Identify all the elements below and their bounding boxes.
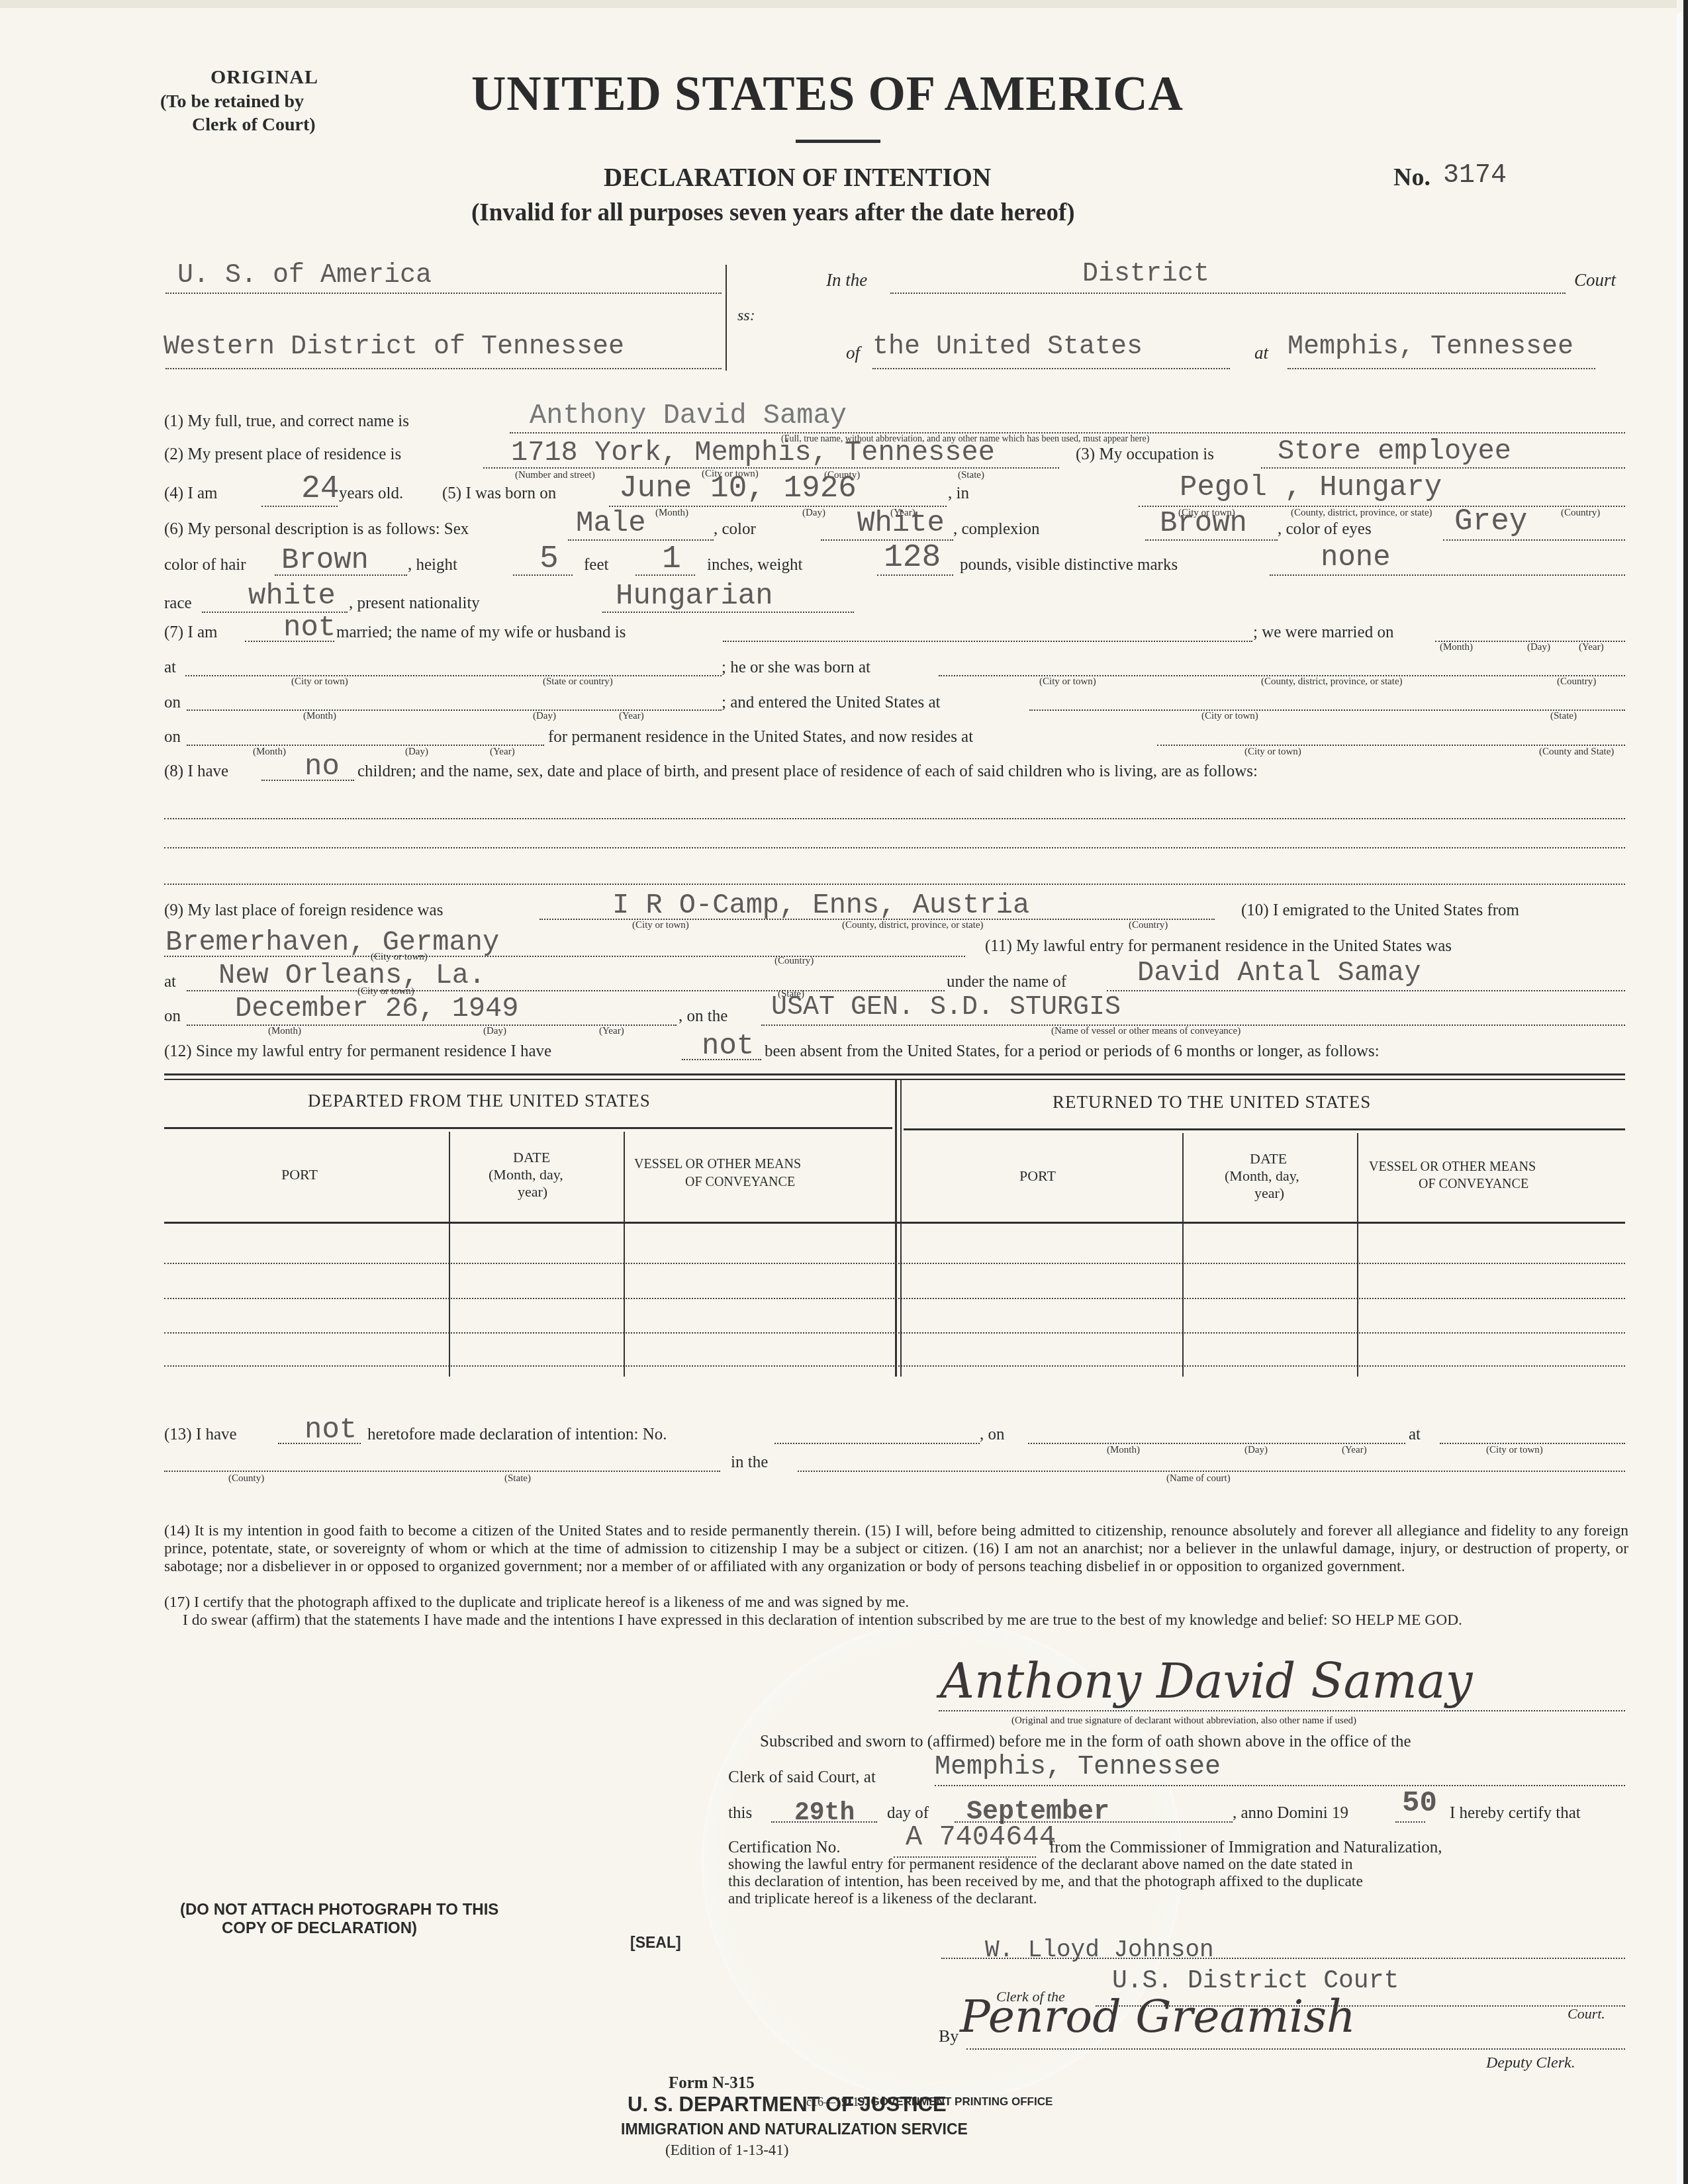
court-label: Court [1574,270,1616,291]
seal-label: [SEAL] [630,1934,681,1952]
q13-number-line [774,1443,980,1444]
q13-on-line [1028,1443,1405,1444]
q2-caption-street: (Number and street) [515,470,595,481]
q13-value-line [278,1443,361,1444]
scan-top-edge [0,0,1677,8]
q9-caption-country: (Country) [1129,920,1168,931]
q6-label: (6) My personal description is as follow… [164,520,469,539]
q3-occupation: Store employee [1278,435,1511,467]
col-divider-3 [1182,1133,1184,1377]
q7-on2-year: (Year) [490,747,515,758]
declaration-number-label: No. [1393,163,1430,192]
day-of-label: day of [887,1804,929,1823]
q5-in-label: , in [948,484,969,503]
q7-at-city: (City or town) [291,676,348,688]
scanner-border [1683,0,1688,2184]
oath-q17: (17) I certify that the photograph affix… [164,1594,909,1612]
document-page: ORIGINAL (To be retained by Clerk of Cou… [0,0,1678,2184]
q11-at-line [187,990,945,991]
venue-country-line [165,293,722,294]
height-feet: 5 [539,541,559,577]
q7-born-city: (City or town) [1039,676,1096,688]
q7-on2-month: (Month) [253,747,286,758]
col-vessel-departed-2: OF CONVEYANCE [685,1175,795,1190]
venue-district-line [165,368,722,369]
q10-line [164,956,965,957]
q8-label: (8) I have [164,762,228,781]
q7-born-label: ; he or she was born at [722,659,870,677]
col-port-departed: PORT [281,1166,318,1183]
q5-caption-county: (County, district, province, or state) [1291,508,1432,519]
q7-married-year: (Year) [1579,642,1604,653]
form-subtitle: DECLARATION OF INTENTION [604,163,991,193]
q7-married-on-label: ; we were married on [1253,623,1393,642]
q7-on2-day: (Day) [405,747,428,758]
court-type-value: District [1082,259,1209,289]
cert-text-2: showing the lawful entry for permanent r… [728,1856,1353,1874]
table-row [164,1365,1625,1367]
nationality-value: Hungarian [616,580,773,613]
q5-caption-day: (Day) [802,508,825,519]
hair-line [275,574,407,576]
q10-label: (10) I emigrated to the United States fr… [1241,901,1519,920]
q7-resides-county: (County and State) [1539,747,1614,758]
anno-domini-label: , anno Domini 19 [1233,1804,1348,1823]
returned-header-rule [904,1128,1625,1130]
q2-line [483,467,1059,469]
returned-header: RETURNED TO THE UNITED STATES [1053,1092,1371,1113]
sworn-line: Subscribed and sworn to (affirmed) befor… [760,1733,1411,1751]
certify-label: I hereby certify that [1450,1804,1581,1823]
q3-line [1261,467,1625,469]
q12-absent-line [682,1059,761,1060]
q11-entry-place: New Orleans, La. [218,960,485,991]
q6-color-label: , color [714,520,756,539]
q13-on-label: , on [980,1426,1005,1444]
q8-label-post: children; and the name, sex, date and pl… [357,762,1258,781]
table-row [164,1298,1625,1299]
height-feet-line [513,574,573,576]
weight-line [877,574,953,576]
q13-caption-county: (County) [228,1473,264,1484]
q7-at-state: (State or country) [543,676,613,688]
q13-label: (13) I have [164,1426,237,1444]
clerk-at-label: Clerk of said Court, at [728,1768,876,1787]
q7-born-county: (County, district, province, or state) [1261,676,1403,688]
col-date-departed-1: DATE [513,1149,550,1166]
q13-caption-month: (Month) [1107,1445,1140,1456]
cert-no-label: Certification No. [728,1839,840,1857]
q6-eyes: Grey [1454,504,1527,539]
q11-caption-month: (Month) [268,1026,301,1037]
q11-label: (11) My lawful entry for permanent resid… [985,937,1452,956]
q13-caption-city: (City or town) [1486,1445,1543,1456]
q7-entered-state: (State) [1550,711,1577,722]
day-line [771,1821,877,1823]
q1-label: (1) My full, true, and correct name is [164,412,409,431]
court-label-clerk: Court. [1568,2005,1605,2023]
q7-resides-city: (City or town) [1244,747,1301,758]
deputy-line [966,2048,1625,2050]
q9-caption-county: (County, district, province, or state) [842,920,984,931]
oath-paragraph: (14) It is my intention in good faith to… [164,1522,1628,1576]
q5-birth-date: June 10, 1926 [619,471,857,506]
court-type-line [890,293,1566,294]
year-line [1395,1821,1425,1823]
table-row [164,1332,1625,1334]
marks-line [1270,574,1625,576]
col-divider-4 [1357,1133,1358,1377]
q6-complexion-line [1145,539,1278,541]
q13-label-post: heretofore made declaration of intention… [367,1426,667,1444]
col-divider-2 [624,1132,625,1377]
at-value: Memphis, Tennessee [1288,332,1573,362]
q7-resides-label: for permanent residence in the United St… [548,728,973,747]
q8-blank-line-3 [164,884,1625,885]
q9-label: (9) My last place of foreign residence w… [164,901,443,920]
page-edge [1677,12,1683,2184]
declarant-signature: Anthony David Samay [940,1653,1472,1709]
q7-label-post: married; the name of my wife or husband … [336,623,626,642]
col-vessel-returned-1: VESSEL OR OTHER MEANS [1369,1160,1536,1175]
declarant-signature-line [939,1710,1625,1711]
clerk-name: W. Lloyd Johnson [985,1936,1214,1964]
by-label: By [939,2026,959,2046]
q7-married-month: (Month) [1440,642,1473,653]
service-name: IMMIGRATION AND NATURALIZATION SERVICE [621,2120,968,2138]
deputy-signature: Penrod Greamish [960,1991,1356,2043]
q7-entered-line [1029,709,1625,711]
q7-born-country: (Country) [1557,676,1596,688]
q11-name-line [1107,990,1625,991]
q11-caption-year: (Year) [599,1026,624,1037]
q6-eyes-label: , color of eyes [1278,520,1372,539]
q8-children-value: no [305,751,340,784]
q6-sex-line [568,539,714,541]
race-label: race [164,594,192,613]
weight-value: 128 [884,540,941,576]
title-divider [796,140,880,143]
q10-emigrated-from: Bremerhaven, Germany [165,927,499,958]
printer-name: U. S. GOVERNMENT PRINTING OFFICE [843,2095,1053,2109]
q7-at-label: at [164,659,176,677]
departed-header: DEPARTED FROM THE UNITED STATES [308,1091,651,1111]
venue-country: U. S. of America [177,261,432,291]
col-vessel-departed-1: VESSEL OR OTHER MEANS [634,1157,801,1172]
declaration-number-value: 3174 [1443,161,1507,191]
height-label: , height [408,556,457,574]
form-number: Form N-315 [669,2074,755,2093]
q7-married-line [245,641,334,642]
table-top-rule-1 [164,1073,1625,1075]
day-value: 29th [794,1799,855,1827]
q2-caption-state: (State) [958,470,984,481]
q5-label: (5) I was born on [442,484,556,503]
photo-note-2: COPY OF DECLARATION) [222,1919,417,1938]
q11-entry-date: December 26, 1949 [235,993,518,1024]
q7-on2-label: on [164,728,181,747]
q11-at-label: at [164,973,176,991]
col-divider-1 [449,1132,450,1377]
q13-caption-court: (Name of court) [1166,1473,1231,1484]
col-date-returned-2: (Month, day, [1225,1167,1299,1185]
col-date-departed-3: year) [518,1183,547,1201]
q8-children-line [261,780,354,781]
q13-caption-state: (State) [504,1473,531,1484]
deputy-clerk-label: Deputy Clerk. [1486,2054,1575,2072]
q11-name-label: under the name of [947,973,1066,991]
nationality-line [602,612,854,613]
q4-label-post: years old. [339,484,403,503]
q4-age: 24 [301,471,340,507]
height-inches: 1 [662,541,681,577]
page-title: UNITED STATES OF AMERICA [471,66,1184,122]
q13-in-the-label: in the [731,1453,768,1472]
col-vessel-returned-2: OF CONVEYANCE [1419,1177,1528,1192]
q6-complexion: Brown [1160,507,1247,540]
q11-vessel: USAT GEN. S.D. STURGIS [771,993,1121,1023]
pounds-label: pounds, visible distinctive marks [960,556,1178,574]
q1-full-name: Anthony David Samay [530,400,847,432]
q13-court-line [798,1471,1625,1472]
oath-swear: I do swear (affirm) that the statements … [164,1612,1628,1629]
q11-on-label: on [164,1007,181,1026]
q13-at-line [1440,1443,1625,1444]
invalid-note: (Invalid for all purposes seven years af… [471,199,1075,227]
q4-label: (4) I am [164,484,218,503]
q13-caption-year: (Year) [1342,1445,1367,1456]
q7-on-year: (Year) [619,711,644,722]
of-value: the United States [872,332,1143,362]
cert-text-1: from the Commissioner of Immigration and… [1049,1839,1442,1857]
cert-text-3: this declaration of intention, has been … [728,1873,1363,1891]
col-date-departed-2: (Month, day, [489,1166,563,1183]
q7-spouse-line [723,641,1252,642]
venue-district: Western District of Tennessee [164,332,624,362]
q2-residence: 1718 York, Memphis, Tennessee [511,437,995,469]
at-line [1288,368,1595,369]
q6-color: White [857,507,945,540]
marks-value: none [1321,541,1391,574]
clerk-at-line [935,1785,1625,1786]
q11-caption-day: (Day) [483,1026,506,1037]
retained-note-1: (To be retained by [160,91,304,113]
col-port-returned: PORT [1019,1167,1056,1185]
q7-on2-line [187,745,544,746]
q9-foreign-residence: I R O-Camp, Enns, Austria [612,889,1029,921]
q7-entered-city: (City or town) [1201,711,1258,722]
year-value: 50 [1402,1787,1437,1820]
edition-note: (Edition of 1-13-41) [665,2142,789,2159]
retained-note-2: Clerk of Court) [192,114,316,136]
q7-on-label: on [164,694,181,712]
of-line [872,368,1230,369]
q1-line [510,432,1625,433]
col-header-bottom-rule [164,1222,1625,1224]
cert-text-4: and triplicate hereof is a likeness of t… [728,1890,1037,1908]
inches-label: inches, weight [707,556,802,574]
q9-caption-city: (City or town) [632,920,689,931]
q7-married-value: not [283,612,336,645]
col-date-returned-1: DATE [1250,1150,1287,1167]
q7-married-day: (Day) [1527,642,1550,653]
declarant-signature-caption: (Original and true signature of declaran… [1011,1715,1356,1727]
q7-on-month: (Month) [303,711,336,722]
col-date-returned-3: year) [1254,1185,1284,1202]
q11-entry-name: David Antal Samay [1137,957,1421,989]
q13-caption-day: (Day) [1244,1445,1268,1456]
q2-label: (2) My present place of residence is [164,445,401,464]
q6-complexion-label: , complexion [953,520,1040,539]
feet-label: feet [584,556,608,574]
this-label: this [728,1804,752,1823]
q7-resides-line [1157,745,1625,746]
q7-entered-label: ; and entered the United States at [722,694,940,712]
q5-birth-place: Pegol , Hungary [1180,471,1442,504]
q7-label: (7) I am [164,623,218,642]
clerk-name-line [941,1958,1625,1959]
hair-label: color of hair [164,556,246,574]
q12-label: (12) Since my lawful entry for permanent… [164,1042,551,1061]
race-value: white [248,580,336,613]
q8-blank-line-2 [164,847,1625,848]
q6-sex: Male [576,507,646,540]
photo-note-1: (DO NOT ATTACH PHOTOGRAPH TO THIS [180,1901,498,1919]
q12-absent-value: not [702,1030,754,1063]
venue-bracket [726,265,727,371]
in-the-label: In the [826,270,867,291]
hair-value: Brown [281,544,369,577]
q12-label-post: been absent from the United States, for … [765,1042,1380,1061]
clerk-at-value: Memphis, Tennessee [935,1752,1221,1782]
q7-on-day: (Day) [533,711,556,722]
q4-line [261,506,338,507]
q13-county-state-line [164,1471,720,1472]
departed-header-rule [164,1127,892,1129]
q8-blank-line-1 [164,818,1625,819]
ss-label: ss: [737,307,755,325]
nationality-label: , present nationality [349,594,480,613]
height-inches-line [635,574,695,576]
q13-value: not [305,1414,357,1447]
cert-no-value: A 7404644 [906,1821,1056,1853]
q7-at-line [185,675,722,676]
q6-eyes-line [1443,539,1625,541]
q11-vessel-label: , on the [679,1007,727,1026]
q5-caption-country: (Country) [1561,508,1600,519]
original-label: ORIGINAL [211,66,318,89]
q10-caption-country: (Country) [774,956,814,967]
q11-vessel-caption: (Name of vessel or other means of convey… [1051,1026,1241,1037]
of-label: of [846,343,860,363]
q13-at-label: at [1409,1426,1421,1444]
q3-label: (3) My occupation is [1076,445,1214,464]
q5-caption-month: (Month) [655,508,688,519]
at-label: at [1254,343,1268,363]
table-row [164,1263,1625,1264]
